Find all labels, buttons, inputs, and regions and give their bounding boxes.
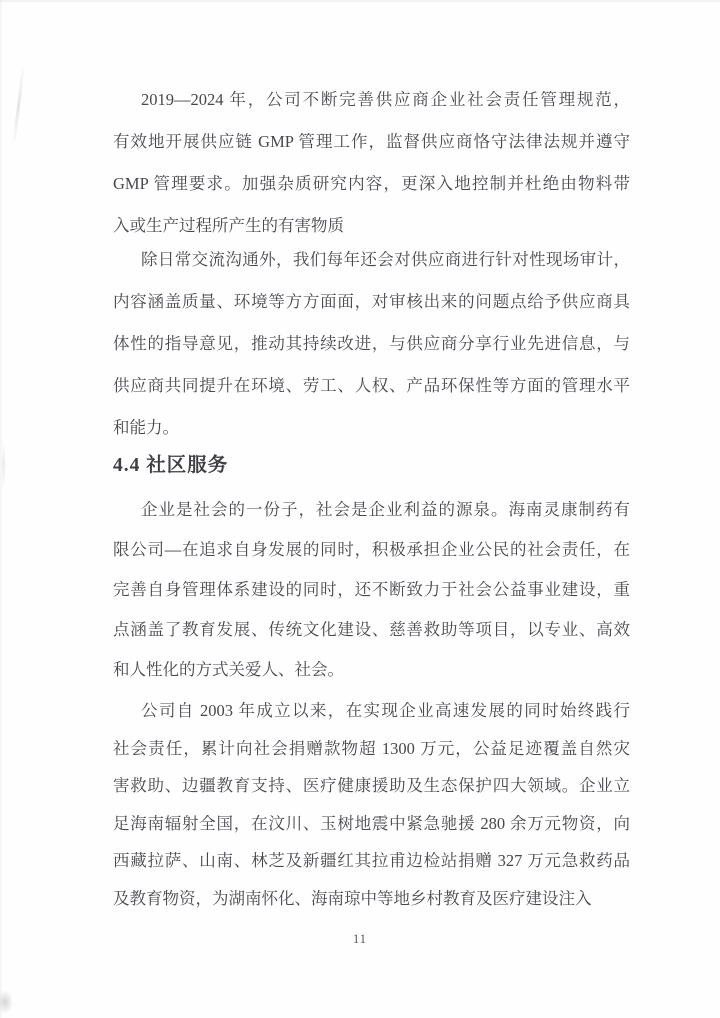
text-line: 除日常交流沟通外，我们每年还会对供应商进行针对性现场审计， — [113, 239, 630, 281]
text-line: 点涵盖了教育发展、传统文化建设、慈善救助等项目，以专业、高效 — [113, 610, 630, 650]
text-line: 2019—2024 年，公司不断完善供应商企业社会责任管理规范， — [113, 79, 630, 121]
scan-edge-artifact — [0, 0, 2, 1018]
text-line: 体性的指导意见，推动其持续改进，与供应商分享行业先进信息，与 — [113, 323, 630, 365]
text-line: 害救助、边疆教育支持、医疗健康援助及生态保护四大领域。企业立 — [113, 767, 630, 805]
scan-edge-artifact — [0, 0, 720, 2]
scan-smudge-artifact — [0, 990, 13, 1014]
text-line: 完善自身管理体系建设的同时，还不断致力于社会公益事业建设，重 — [113, 570, 630, 610]
text-line: 供应商共同提升在环境、劳工、人权、产品环保性等方面的管理水平 — [113, 365, 630, 407]
text-line: GMP 管理要求。加强杂质研究内容，更深入地控制并杜绝由物料带 — [113, 163, 630, 205]
text-line: 社会责任，累计向社会捐赠款物超 1300 万元，公益足迹覆盖自然灾 — [113, 730, 630, 768]
text-line: 足海南辐射全国，在汶川、玉树地震中紧急驰援 280 余万元物资，向 — [113, 805, 630, 843]
text-line: 内容涵盖质量、环境等方方面面，对审核出来的问题点给予供应商具 — [113, 281, 630, 323]
text-line: 及教育物资，为湖南怀化、海南琼中等地乡村教育及医疗建设注入 — [113, 880, 630, 918]
text-line: 公司自 2003 年成立以来，在实现企业高速发展的同时始终践行 — [113, 692, 630, 730]
scan-smudge-artifact — [12, 64, 25, 148]
text-line: 限公司—在追求自身发展的同时，积极承担企业公民的社会责任，在 — [113, 530, 630, 570]
paragraph-supplier-gmp: 2019—2024 年，公司不断完善供应商企业社会责任管理规范， 有效地开展供应… — [113, 79, 630, 247]
text-line: 有效地开展供应链 GMP 管理工作，监督供应商恪守法律法规并遵守 — [113, 121, 630, 163]
paragraph-community-intro: 企业是社会的一份子，社会是企业利益的源泉。海南灵康制药有 限公司—在追求自身发展… — [113, 490, 630, 690]
text-line: 和能力。 — [113, 407, 630, 449]
paragraph-donations: 公司自 2003 年成立以来，在实现企业高速发展的同时始终践行 社会责任，累计向… — [113, 692, 630, 917]
paragraph-supplier-audit: 除日常交流沟通外，我们每年还会对供应商进行针对性现场审计， 内容涵盖质量、环境等… — [113, 239, 630, 449]
page-number: 11 — [0, 932, 720, 947]
scan-smudge-artifact — [1, 442, 6, 488]
text-line: 和人性化的方式关爱人、社会。 — [113, 650, 630, 690]
document-page: 2019—2024 年，公司不断完善供应商企业社会责任管理规范， 有效地开展供应… — [0, 0, 720, 1018]
section-heading: 4.4 社区服务 — [113, 452, 228, 479]
text-line: 企业是社会的一份子，社会是企业利益的源泉。海南灵康制药有 — [113, 490, 630, 530]
text-line: 西藏拉萨、山南、林芝及新疆红其拉甫边检站捐赠 327 万元急救药品 — [113, 842, 630, 880]
